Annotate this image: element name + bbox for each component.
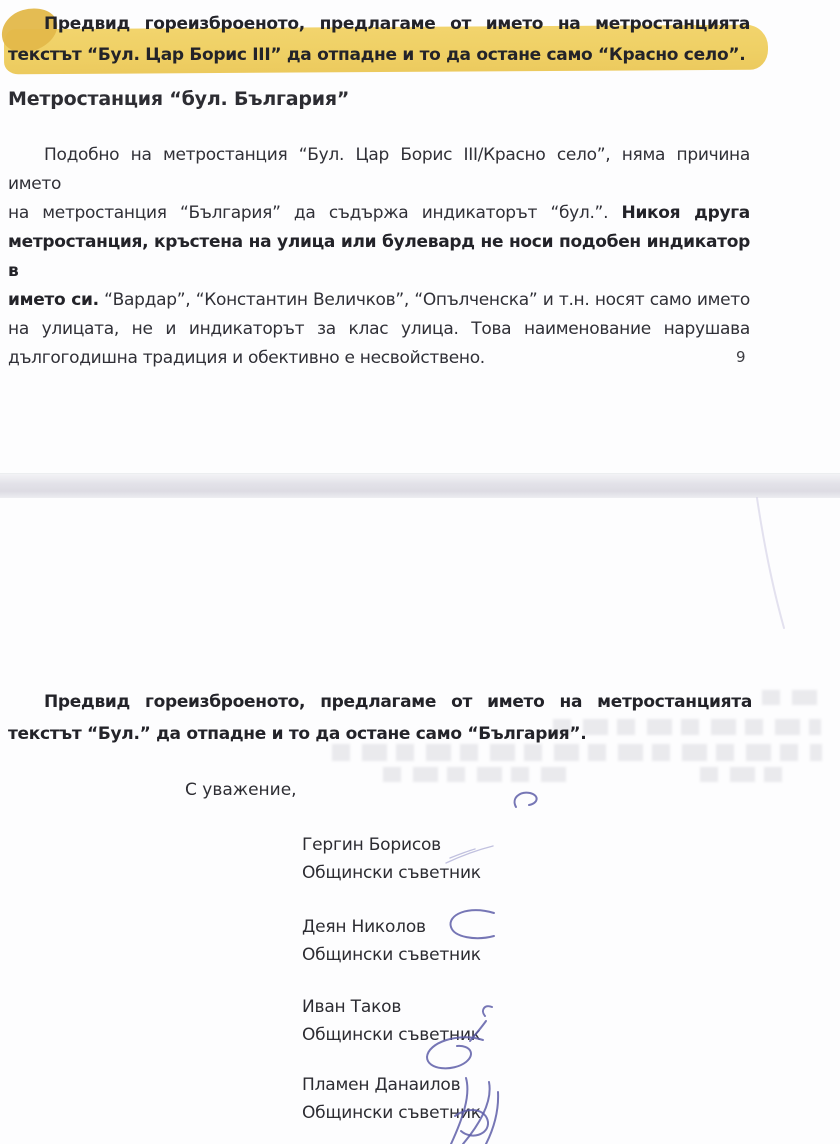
closing-paragraph: Предвид гореизброеното, предлагаме от им… (8, 686, 752, 750)
bleed-through-artifact (383, 767, 569, 782)
signatory-title: Общински съветник (302, 1021, 481, 1049)
page-break-separator (0, 473, 840, 498)
signature-block: Пламен Данаилов Общински съветник (302, 1071, 481, 1127)
text-segment-bold: името си. (8, 290, 99, 310)
paragraph-line: текстът “Бул. Цар Борис III” да отпадне … (8, 40, 750, 71)
signatory-name: Деян Николов (302, 913, 481, 941)
document-page: Предвид гореизброеното, предлагаме от им… (0, 0, 840, 1144)
text-segment-bold: Никоя друга (622, 203, 750, 223)
signature-stroke (515, 793, 537, 807)
section-heading: Метростанция “бул. България” (8, 88, 349, 110)
scan-artifact-line (757, 498, 784, 628)
paragraph-line: на метростанция “България” да съдържа ин… (8, 199, 750, 228)
signatory-name: Пламен Данаилов (302, 1071, 481, 1099)
paragraph-line: Предвид гореизброеното, предлагаме от им… (8, 686, 752, 718)
paragraph-line: Подобно на метростанция “Бул. Цар Борис … (8, 141, 750, 199)
paragraph-line: на улицата, не и индикаторът за клас ули… (8, 315, 750, 344)
salutation: С уважение, (185, 780, 297, 800)
signature-block: Деян Николов Общински съветник (302, 913, 481, 969)
page-number: 9 (736, 348, 746, 366)
bleed-through-artifact (700, 767, 792, 782)
signatory-title: Общински съветник (302, 859, 481, 887)
signature-block: Иван Таков Общински съветник (302, 993, 481, 1049)
text-segment: на метростанция “България” да съдържа ин… (8, 203, 608, 223)
paragraph-line: Предвид гореизброеното, предлагаме от им… (8, 9, 750, 40)
signature-block: Гергин Борисов Общински съветник (302, 831, 481, 887)
highlighted-paragraph: Предвид гореизброеното, предлагаме от им… (8, 9, 750, 71)
signatory-name: Иван Таков (302, 993, 481, 1021)
signatory-name: Гергин Борисов (302, 831, 481, 859)
bleed-through-artifact (762, 690, 820, 705)
paragraph-line: метростанция, кръстена на улица или буле… (8, 228, 750, 286)
body-paragraph: Подобно на метростанция “Бул. Цар Борис … (8, 141, 750, 373)
signatory-title: Общински съветник (302, 1099, 481, 1127)
signatory-title: Общински съветник (302, 941, 481, 969)
signature-stroke (483, 1006, 492, 1016)
paragraph-line: името си. “Вардар”, “Константин Величков… (8, 286, 750, 315)
text-segment: “Вардар”, “Константин Величков”, “Опълче… (104, 290, 750, 310)
paragraph-line: дългогодишна традиция и обективно е несв… (8, 344, 750, 373)
signature-stroke (486, 1092, 498, 1144)
paragraph-line: текстът “Бул.” да отпадне и то да остане… (8, 718, 752, 750)
